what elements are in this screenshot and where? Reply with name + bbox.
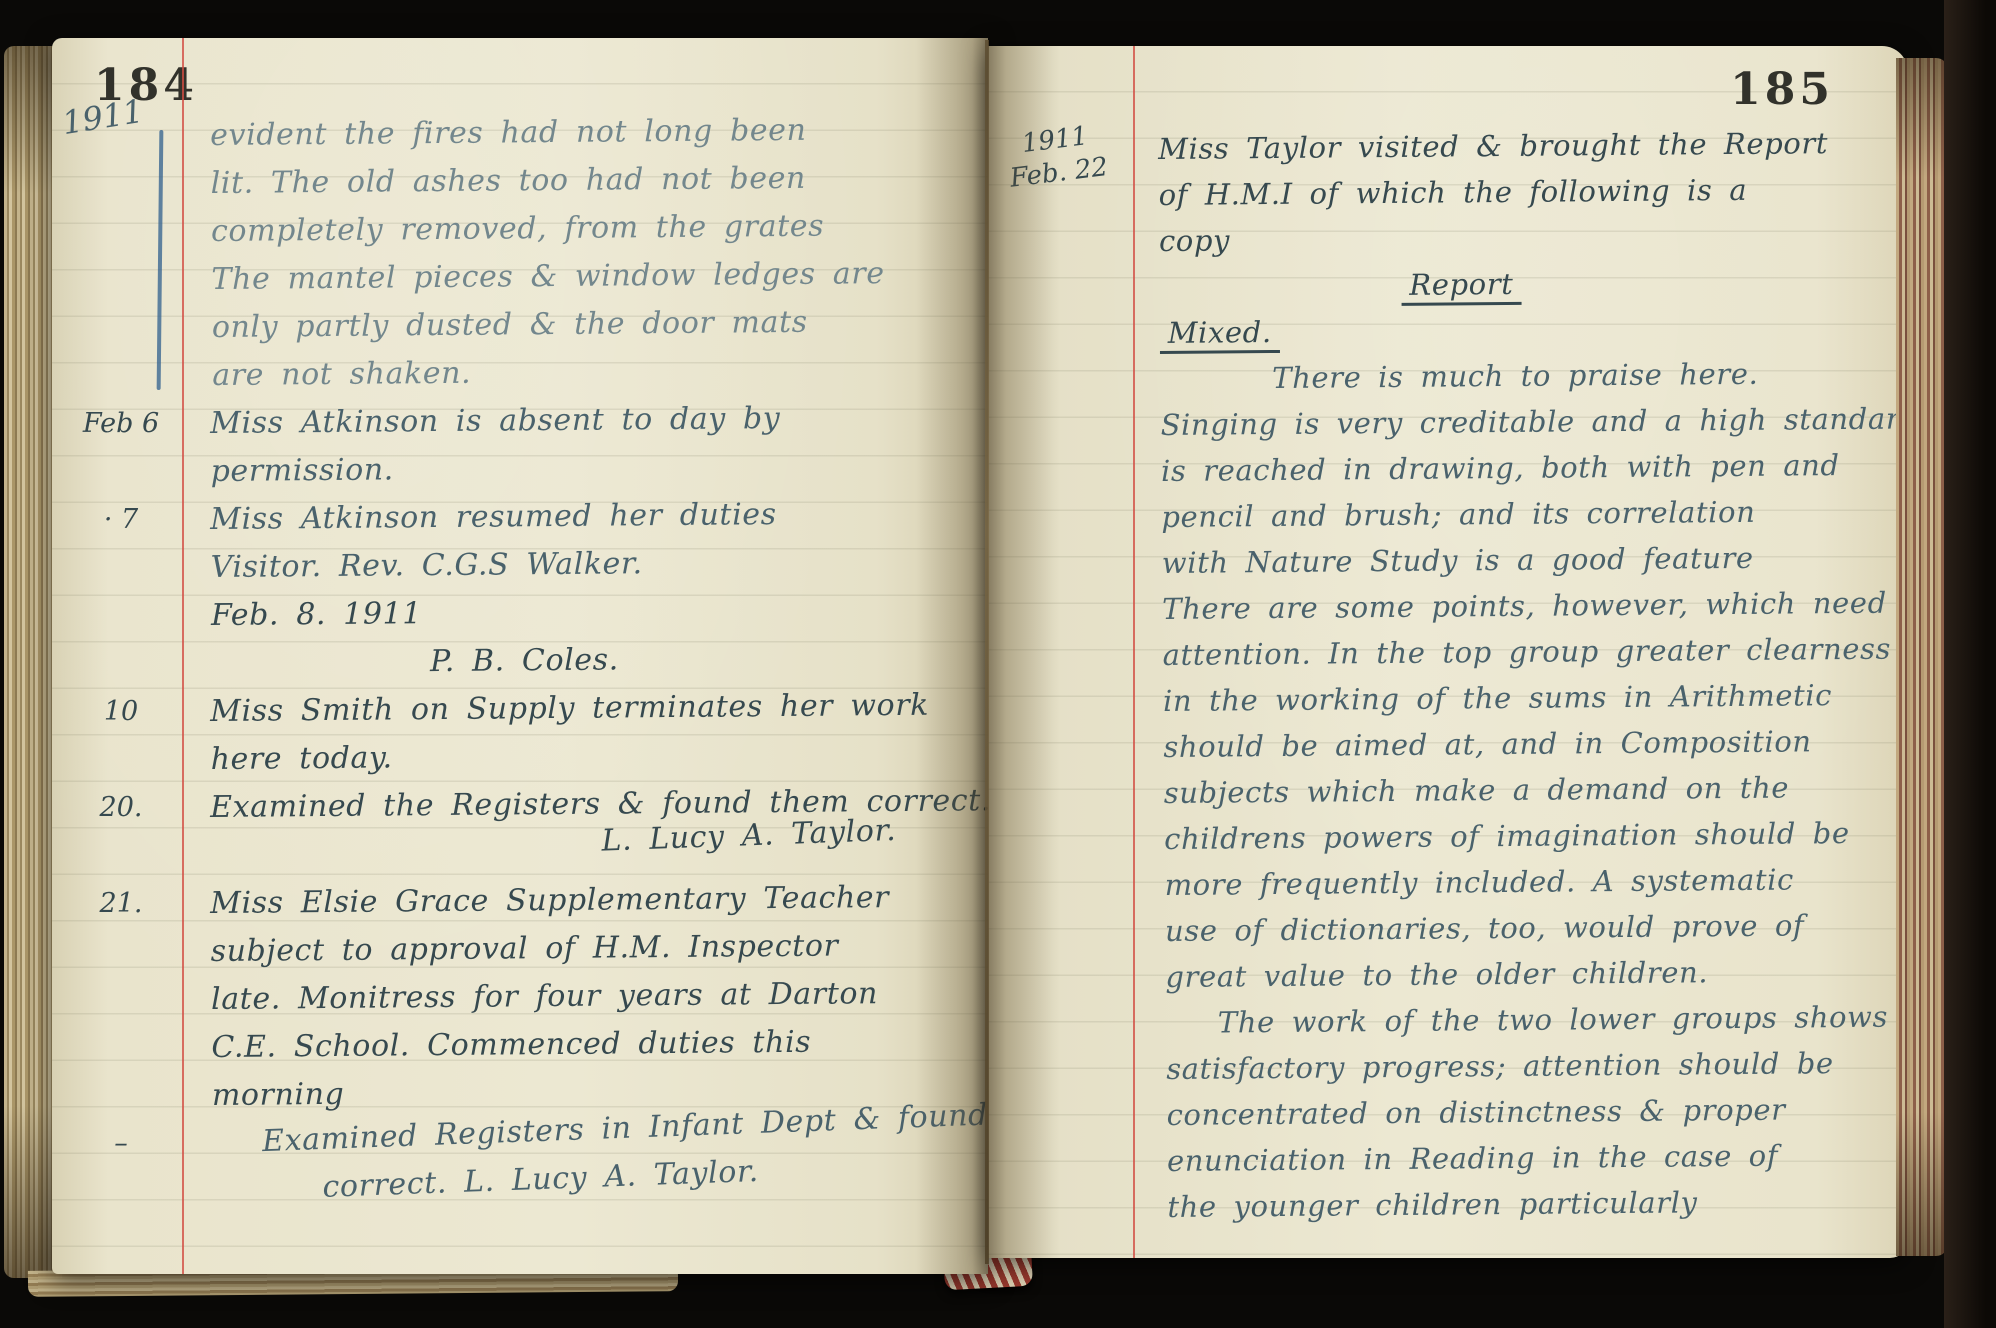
entry-line: copy xyxy=(1159,212,1903,264)
entry-line: The work of the two lower groups shows xyxy=(1166,993,1908,1045)
entry-line: Miss Atkinson is absent to day by xyxy=(210,393,976,448)
entry-line: Miss Atkinson resumed her duties xyxy=(210,489,976,544)
entry-margin-date: 1911Feb. 22 xyxy=(996,117,1117,196)
entry-line: only partly dusted & the door mats xyxy=(212,297,978,352)
log-entry: 10Miss Smith on Supply terminates her wo… xyxy=(52,688,976,784)
entry-line: is reached in drawing, both with pen and xyxy=(1161,441,1905,493)
log-entry: –Examined Registers in Infant Dept & fou… xyxy=(52,1120,976,1216)
left-page-entries: evident the fires had not long beenlit. … xyxy=(52,112,976,1216)
logbook-photo: 184 1911 evident the fires had not long … xyxy=(0,0,1996,1328)
entry-line: childrens powers of imagination should b… xyxy=(1164,809,1908,861)
entry-margin-date: · 7 xyxy=(64,496,178,544)
entry-line: The mantel pieces & window ledges are xyxy=(211,249,977,304)
entry-margin-date: 21. xyxy=(64,880,178,928)
entry-line: pencil and brush; and its correlation xyxy=(1161,487,1905,539)
page-edges-right xyxy=(1896,58,1948,1256)
entry-line: the younger children particularly xyxy=(1167,1177,1908,1229)
entry-line: Report xyxy=(1159,258,1903,310)
entry-margin-date: 20. xyxy=(64,784,178,832)
entry-line: lit. The old ashes too had not been xyxy=(210,153,976,208)
entry-line: Feb. 8. 1911 xyxy=(211,585,977,640)
entry-line: great value to the older children. xyxy=(1165,947,1908,999)
entry-line: with Nature Study is a good feature xyxy=(1162,533,1906,585)
log-entry: Feb 6Miss Atkinson is absent to day bype… xyxy=(52,400,976,496)
book-cover-edge xyxy=(1944,0,1996,1328)
entry-line: Visitor. Rev. C.G.S Walker. xyxy=(210,537,976,592)
log-entry: 20.Examined the Registers & found them c… xyxy=(52,784,976,880)
entry-line: of H.M.I of which the following is a xyxy=(1158,166,1902,218)
entry-line: Mixed. xyxy=(1160,304,1904,356)
entry-line: satisfactory progress; attention should … xyxy=(1166,1039,1908,1091)
entry-line: use of dictionaries, too, would prove of xyxy=(1165,901,1908,953)
log-entry: 1911Feb. 22Miss Taylor visited & brought… xyxy=(988,126,1902,1230)
entry-line: here today. xyxy=(210,729,976,784)
page-185: 185 1911Feb. 22Miss Taylor visited & bro… xyxy=(988,46,1908,1258)
entry-margin-date: 10 xyxy=(64,688,178,736)
entry-line: subject to approval of H.M. Inspector xyxy=(210,921,976,976)
book-gutter-seam xyxy=(985,40,989,1264)
entry-line: Singing is very creditable and a high st… xyxy=(1160,395,1904,447)
right-page-entries: 1911Feb. 22Miss Taylor visited & brought… xyxy=(988,126,1902,1230)
entry-line: should be aimed at, and in Composition xyxy=(1163,717,1907,769)
entry-line: more frequently included. A systematic xyxy=(1164,855,1908,907)
entry-line: There are some points, however, which ne… xyxy=(1162,579,1906,631)
entry-line: subjects which make a demand on the xyxy=(1164,763,1908,815)
entry-line: concentrated on distinctness & proper xyxy=(1166,1085,1908,1137)
entry-line: C.E. School. Commenced duties this xyxy=(211,1017,977,1072)
entry-margin-date: Feb 6 xyxy=(64,400,178,448)
log-entry: 21.Miss Elsie Grace Supplementary Teache… xyxy=(52,880,976,1120)
entry-line: are not shaken. xyxy=(212,345,978,400)
entry-line: late. Monitress for four years at Darton xyxy=(211,969,977,1024)
log-entry: · 7Miss Atkinson resumed her dutiesVisit… xyxy=(52,496,976,688)
page-184: 184 1911 evident the fires had not long … xyxy=(52,38,988,1274)
entry-line: Miss Taylor visited & brought the Report xyxy=(1158,120,1902,172)
entry-line: Miss Elsie Grace Supplementary Teacher xyxy=(210,873,976,928)
entry-line: enunciation in Reading in the case of xyxy=(1167,1131,1908,1183)
entry-line: There is much to praise here. xyxy=(1160,349,1904,401)
entry-line: P. B. Coles. xyxy=(211,633,977,688)
entry-line: evident the fires had not long been xyxy=(210,105,976,160)
entry-line: in the working of the sums in Arithmetic xyxy=(1163,671,1907,723)
log-entry: evident the fires had not long beenlit. … xyxy=(52,112,976,400)
entry-line: attention. In the top group greater clea… xyxy=(1162,625,1906,677)
page-number-right: 185 xyxy=(1730,64,1834,115)
entry-line: Miss Smith on Supply terminates her work xyxy=(210,681,976,736)
entry-margin-date: – xyxy=(64,1120,178,1168)
entry-line: permission. xyxy=(210,441,976,496)
entry-line: completely removed, from the grates xyxy=(211,201,977,256)
